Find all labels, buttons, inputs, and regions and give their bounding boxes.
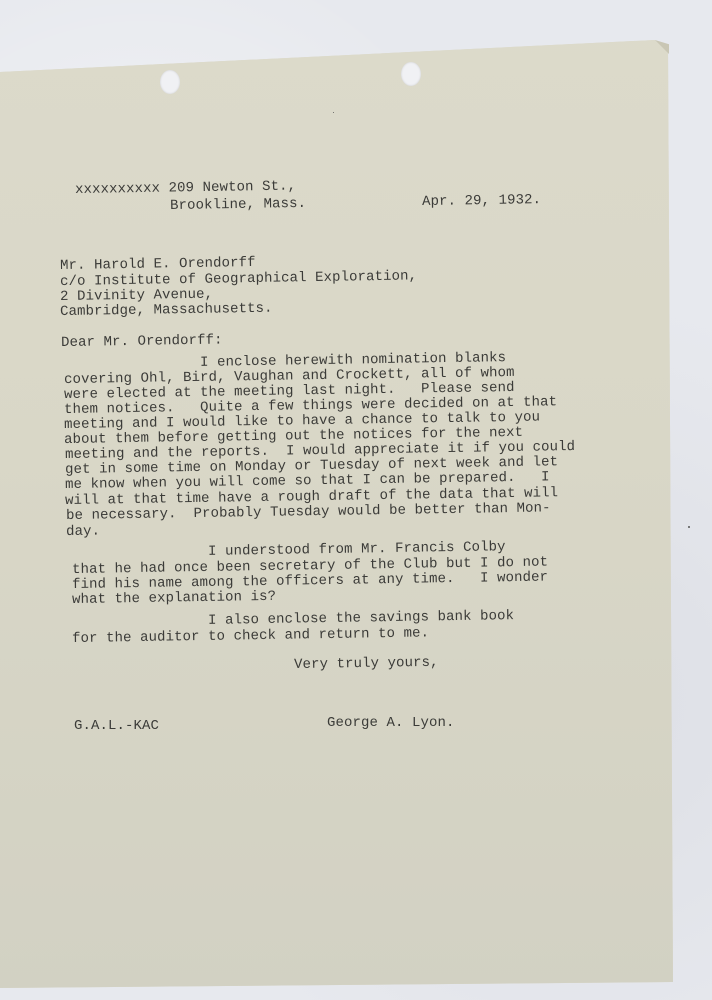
reference-initials: G.A.L.-KAC (74, 719, 159, 735)
signature-name: George A. Lyon. (327, 716, 455, 732)
paragraph-line: what the explanation is? (72, 590, 276, 609)
speck (688, 526, 690, 528)
closing: Very truly yours, (294, 656, 439, 674)
letter-date: Apr. 29, 1932. (422, 193, 541, 210)
punch-hole-left (160, 70, 180, 94)
struck-out-text: xxxxxxxxxx (75, 181, 160, 198)
recipient-city: Cambridge, Massachusetts. (60, 302, 273, 321)
paragraph-line: day. (66, 524, 100, 540)
sender-address-line2: Brookline, Mass. (170, 197, 306, 215)
punch-hole-right (401, 62, 421, 86)
salutation: Dear Mr. Orendorff: (61, 333, 223, 351)
speck (333, 112, 334, 113)
